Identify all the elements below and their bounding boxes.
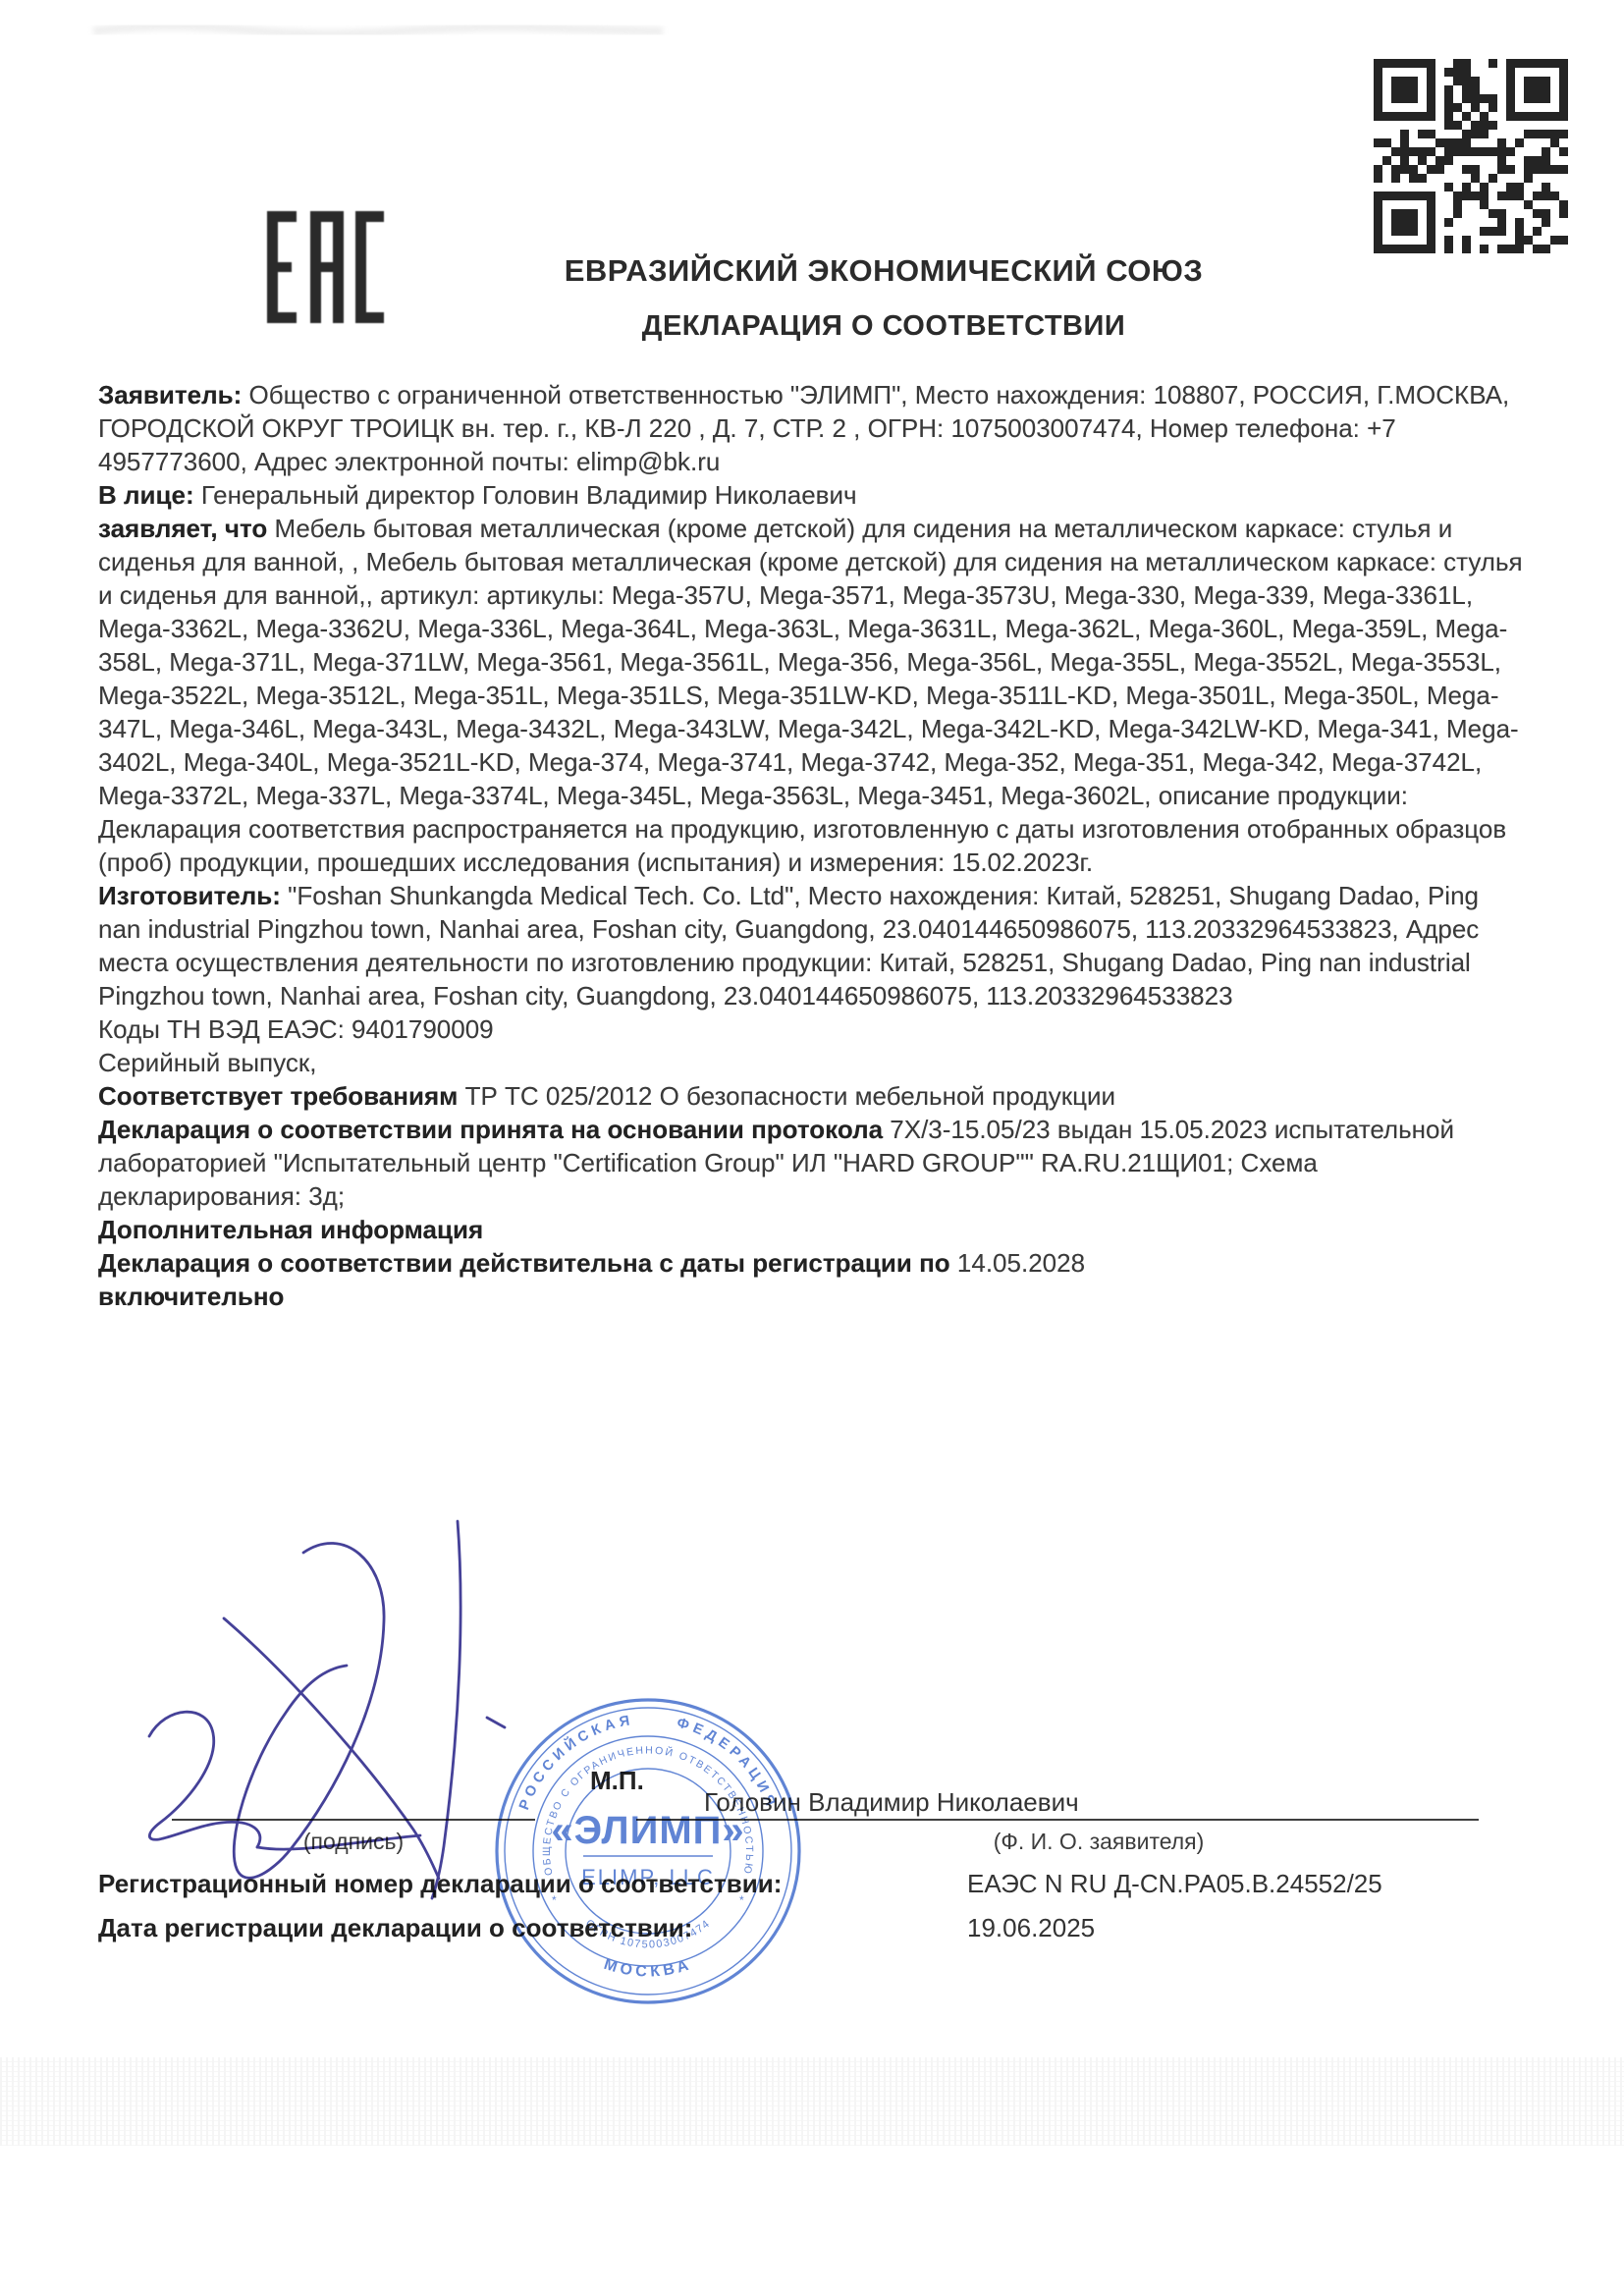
validity-label: Декларация о соответствии действительна … bbox=[98, 1248, 950, 1278]
validity-suffix: включительно bbox=[98, 1282, 284, 1311]
declares-text: Мебель бытовая металлическая (кроме детс… bbox=[98, 514, 1523, 877]
paragraph-manufacturer: Изготовитель: "Foshan Shunkangda Medical… bbox=[98, 879, 1524, 1012]
stamp-outer-circle bbox=[497, 1700, 799, 2002]
qr-finder-tr bbox=[1506, 59, 1568, 121]
scan-smudge bbox=[93, 26, 663, 33]
manufacturer-label: Изготовитель: bbox=[98, 881, 281, 910]
union-name-title: ЕВРАЗИЙСКИЙ ЭКОНОМИЧЕСКИЙ СОЮЗ bbox=[143, 253, 1624, 289]
registration-number-value: ЕАЭС N RU Д-CN.РА05.В.24552/25 bbox=[967, 1869, 1382, 1899]
registration-number-label: Регистрационный номер декларации о соотв… bbox=[98, 1869, 782, 1899]
applicant-text: Общество с ограниченной ответственностью… bbox=[98, 380, 1509, 476]
additional-info-heading: Дополнительная информация bbox=[98, 1213, 1524, 1246]
in-person-label: В лице: bbox=[98, 480, 194, 510]
paragraph-basis: Декларация о соответствии принята на осн… bbox=[98, 1113, 1524, 1213]
page-title: ДЕКЛАРАЦИЯ О СООТВЕТСТВИИ bbox=[143, 310, 1624, 343]
scan-noise-band bbox=[0, 2057, 1624, 2146]
validity-date: 14.05.2028 bbox=[950, 1248, 1085, 1278]
declares-label: заявляет, что bbox=[98, 514, 267, 543]
qr-code-modules bbox=[1374, 59, 1568, 253]
declaration-document: ЕВРАЗИЙСКИЙ ЭКОНОМИЧЕСКИЙ СОЮЗ ДЕКЛАРАЦИ… bbox=[0, 0, 1624, 2296]
registration-date-label: Дата регистрации декларации о соответств… bbox=[98, 1913, 692, 1943]
sign-caption: (подпись) bbox=[172, 1829, 535, 1855]
document-body: Заявитель: Общество с ограниченной ответ… bbox=[98, 378, 1524, 1313]
qr-finder-tl bbox=[1374, 59, 1435, 121]
signer-name: Головин Владимир Николаевич bbox=[704, 1787, 1079, 1818]
signature-line-left bbox=[172, 1819, 535, 1821]
in-person-text: Генеральный директор Головин Владимир Ни… bbox=[194, 480, 857, 510]
paragraph-validity: Декларация о соответствии действительна … bbox=[98, 1246, 1524, 1313]
stamp-place-label: М.П. bbox=[590, 1766, 644, 1796]
document-header: ЕВРАЗИЙСКИЙ ЭКОНОМИЧЕСКИЙ СОЮЗ ДЕКЛАРАЦИ… bbox=[143, 253, 1624, 343]
paragraph-complies: Соответствует требованиям ТР ТС 025/2012… bbox=[98, 1079, 1524, 1113]
qr-code-icon bbox=[1366, 51, 1576, 261]
basis-label: Декларация о соответствии принята на осн… bbox=[98, 1115, 883, 1144]
applicant-label: Заявитель: bbox=[98, 380, 242, 410]
serial-issue-line: Серийный выпуск, bbox=[98, 1046, 1524, 1079]
paragraph-in-person: В лице: Генеральный директор Головин Вла… bbox=[98, 478, 1524, 512]
fio-caption: (Ф. И. О. заявителя) bbox=[814, 1829, 1383, 1855]
manufacturer-text: "Foshan Shunkangda Medical Tech. Co. Ltd… bbox=[98, 881, 1479, 1011]
company-stamp: РОССИЙСКАЯ ФЕДЕРАЦИЯ МОСКВА ОБЩЕСТВО С О… bbox=[497, 1700, 799, 2002]
stamp-outer-circle-2 bbox=[505, 1708, 791, 1995]
tnved-codes-line: Коды ТН ВЭД ЕАЭС: 9401790009 bbox=[98, 1012, 1524, 1046]
paragraph-applicant: Заявитель: Общество с ограниченной ответ… bbox=[98, 378, 1524, 478]
paragraph-declares: заявляет, что Мебель бытовая металлическ… bbox=[98, 512, 1524, 879]
registration-date-value: 19.06.2025 bbox=[967, 1913, 1095, 1943]
complies-label: Соответствует требованиям bbox=[98, 1081, 458, 1111]
stamp-ring-bottom-text: МОСКВА bbox=[602, 1956, 694, 1981]
complies-text: ТР ТС 025/2012 О безопасности мебельной … bbox=[458, 1081, 1115, 1111]
qr-finder-bl bbox=[1374, 191, 1435, 253]
signature-line-right bbox=[636, 1819, 1479, 1821]
